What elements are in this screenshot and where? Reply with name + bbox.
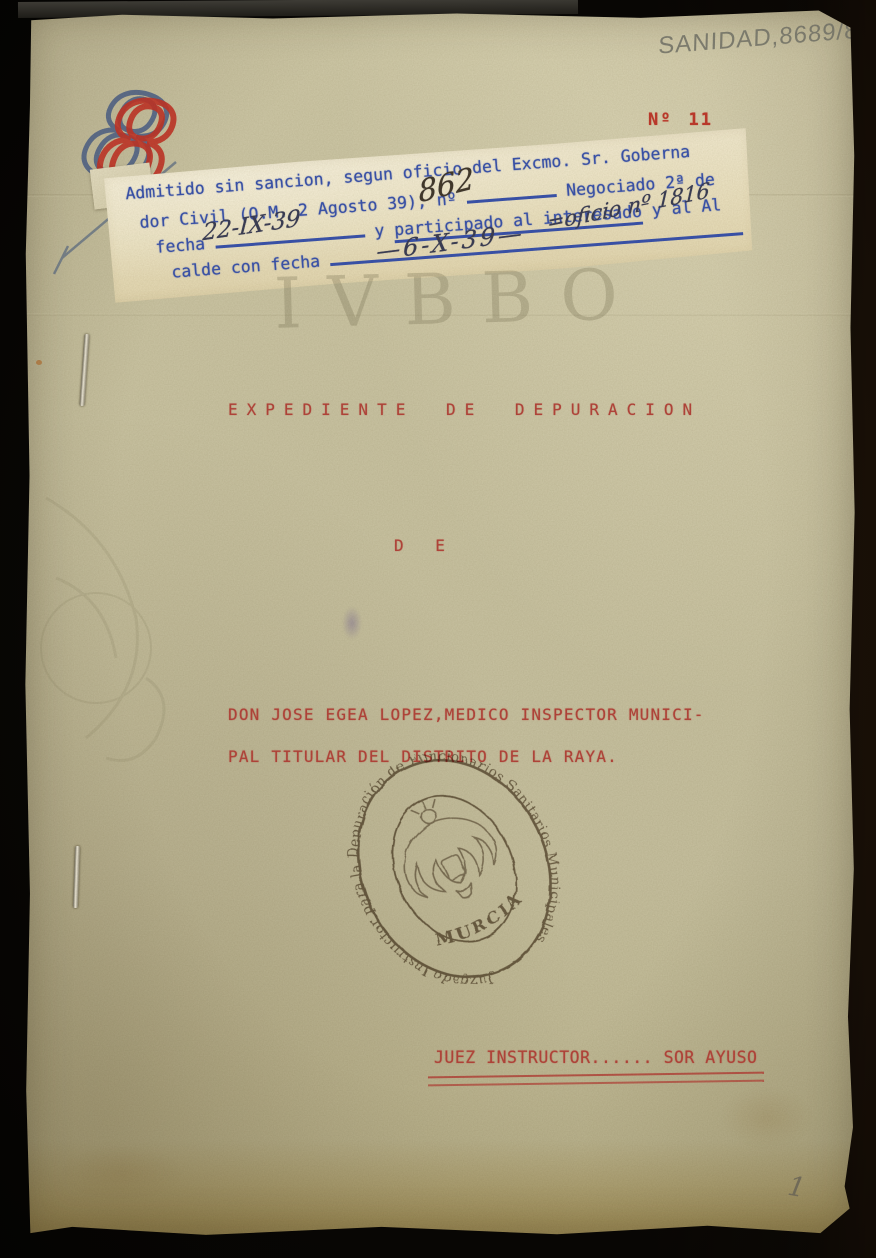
staple-top — [79, 334, 89, 406]
de-label: D E — [394, 536, 456, 555]
judge-underline — [428, 1072, 764, 1087]
foxing-stain — [722, 1088, 812, 1148]
page-mark: 1 — [785, 1171, 807, 1205]
slip-blank-number — [466, 178, 557, 203]
slip-line-3-text: fecha — [155, 234, 206, 257]
stamp-center-text: MURCIA — [428, 886, 532, 957]
document-number-value: 11 — [688, 110, 712, 130]
rust-speck — [36, 360, 42, 365]
judge-label: JUEZ INSTRUCTOR — [434, 1048, 591, 1067]
archive-reference: SANIDAD,8689/8 — [658, 15, 876, 60]
ghost-impression: IVBBO — [273, 253, 645, 345]
embossed-crest — [26, 478, 206, 788]
document-number-label: Nº — [648, 110, 672, 130]
foxing-stain — [62, 1148, 182, 1198]
expediente-title: EXPEDIENTE DE DEPURACION — [228, 400, 701, 419]
document-page: SANIDAD,8689/8 8 8 Nº11 = Admitido sin s… — [22, 8, 858, 1238]
svg-text:MURCIA: MURCIA — [428, 886, 532, 957]
judge-line: JUEZ INSTRUCTOR...... SOR AYUSO — [434, 1048, 757, 1067]
ink-smudge — [342, 606, 362, 640]
photo-background: SANIDAD,8689/8 8 8 Nº11 = Admitido sin s… — [0, 0, 876, 1258]
judge-value: SOR AYUSO — [664, 1048, 758, 1067]
document-number: Nº11 — [648, 110, 713, 130]
staple-bottom — [73, 846, 80, 908]
judge-dots: ...... — [591, 1048, 654, 1067]
eagle-emblem-icon — [379, 780, 512, 918]
